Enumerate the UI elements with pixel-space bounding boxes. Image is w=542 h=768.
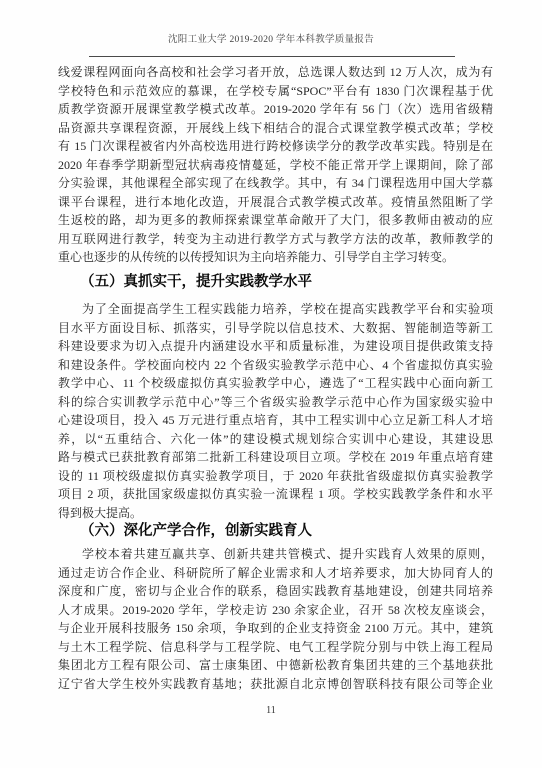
section-heading-six: （六）深化产学合作，创新实践育人 (58, 520, 515, 542)
header-divider-rule (89, 56, 455, 57)
text-line: 辽宁省大学生校外实践教育基地；获批源自北京博创智联科技有限公司等企业 (58, 675, 493, 694)
text-line: 生返校的路，却为更多的教师探索课堂革命敞开了大门，很多教师由被动的应 (58, 211, 493, 230)
text-line: 和建设条件。学校面向校内 22 个省级实验教学示范中心、4 个省虚拟仿真实验 (58, 356, 493, 375)
text-line: 深度和广度，密切与企业合作的联系，稳固实践教育基地建设，创建共同培养 (58, 582, 493, 601)
text-line: 设的 11 项校级虚拟仿真实验教学项目，于 2020 年获批省级虚拟仿真实验教学 (58, 467, 493, 486)
page-number: 11 (0, 705, 542, 716)
text-line: 用互联网进行教学，转变为主动进行教学方式与教学方法的改革，教师教学的 (58, 230, 493, 249)
text-line: 科的综合实训教学示范中心”等三个省级实验教学示范中心作为国家级实验中 (58, 393, 493, 412)
text-line: 课平台课程，进行本地化改造，开展混合式教学模式改革。疫情虽然阻断了学 (58, 193, 493, 212)
text-line: 2020 年春季学期新型冠状病毒疫情蔓延，学校不能正常开学上课期间，除了部 (58, 156, 493, 175)
paragraph-continuation: 线爱课程网面向各高校和社会学习者开放，总选课人数达到 12 万人次，成为有学校特… (58, 63, 493, 267)
running-header: 沈阳工业大学 2019-2020 学年本科教学质量报告 (0, 31, 542, 45)
paragraph-section-five: 为了全面提高学生工程实践能力培养，学校在提高实践教学平台和实验项目水平方面设目标… (58, 300, 493, 522)
text-line: 通过走访合作企业、科研院所了解企业需求和人才培养要求，加大协同育人的 (58, 564, 493, 583)
document-page: 沈阳工业大学 2019-2020 学年本科教学质量报告 线爱课程网面向各高校和社… (0, 0, 542, 768)
paragraph-section-six: 学校本着共建互赢共享、创新共建共管模式、提升实践育人效果的原则，通过走访合作企业… (58, 545, 493, 693)
text-line: 质教学资源开展课堂教学模式改革。2019-2020 学年有 56 门（次）选用省… (58, 100, 493, 119)
text-line: 心建设项目，投入 45 万元进行重点培育，其中工程实训中心立足新工科人才培 (58, 411, 493, 430)
text-line: 路与模式已获批教育部第二批新工科建设项目立项。学校在 2019 年重点培育建 (58, 448, 493, 467)
text-line: 有 15 门次课程被省内外高校选用进行跨校修读学分的教学改革实践。特别是在 (58, 137, 493, 156)
section-heading-five: （五）真抓实干，提升实践教学水平 (58, 271, 515, 293)
text-line: 目水平方面设目标、抓落实，引导学院以信息技术、大数据、智能制造等新工 (58, 319, 493, 338)
text-line: 人才成果。2019-2020 学年，学校走访 230 余家企业，召开 58 次校… (58, 601, 493, 620)
text-line: 重心也逐步的从传统的以传授知识为主向培养能力、引导学自主学习转变。 (58, 248, 493, 267)
text-line: 分实验课，其他课程全部实现了在线教学。其中，有 34 门课程选用中国大学慕 (58, 174, 493, 193)
text-line: 与企业开展科技服务 150 余项，争取到的企业支持资金 2100 万元。其中，建… (58, 619, 493, 638)
text-line: 学校特色和示范效应的慕课，在学校专属“SPOC”平台有 1830 门次课程基于优 (58, 82, 493, 101)
text-line: 与土木工程学院、信息科学与工程学院、电气工程学院分别与中铁上海工程局 (58, 638, 493, 657)
text-line: 为了全面提高学生工程实践能力培养，学校在提高实践教学平台和实验项 (58, 300, 493, 319)
text-line: 项目 2 项，获批国家级虚拟仿真实验一流课程 1 项。学校实践教学条件和水平 (58, 485, 493, 504)
text-line: 品资源共享课程资源，开展线上线下相结合的混合式课堂教学模式改革；学校 (58, 119, 493, 138)
text-line: 学校本着共建互赢共享、创新共建共管模式、提升实践育人效果的原则， (58, 545, 493, 564)
text-line: 集团北方工程有限公司、富士康集团、中德新松教育集团共建的三个基地获批 (58, 656, 493, 675)
text-line: 线爱课程网面向各高校和社会学习者开放，总选课人数达到 12 万人次，成为有 (58, 63, 493, 82)
text-line: 科建设要求为切入点提升内涵建设水平和质量标准，为建设项目提供政策支持 (58, 337, 493, 356)
text-line: 养，以“五重结合、六化一体”的建设模式规划综合实训中心建设，其建设思 (58, 430, 493, 449)
text-line: 教学中心、11 个校级虚拟仿真实验教学中心，遴选了“工程实践中心面向新工 (58, 374, 493, 393)
